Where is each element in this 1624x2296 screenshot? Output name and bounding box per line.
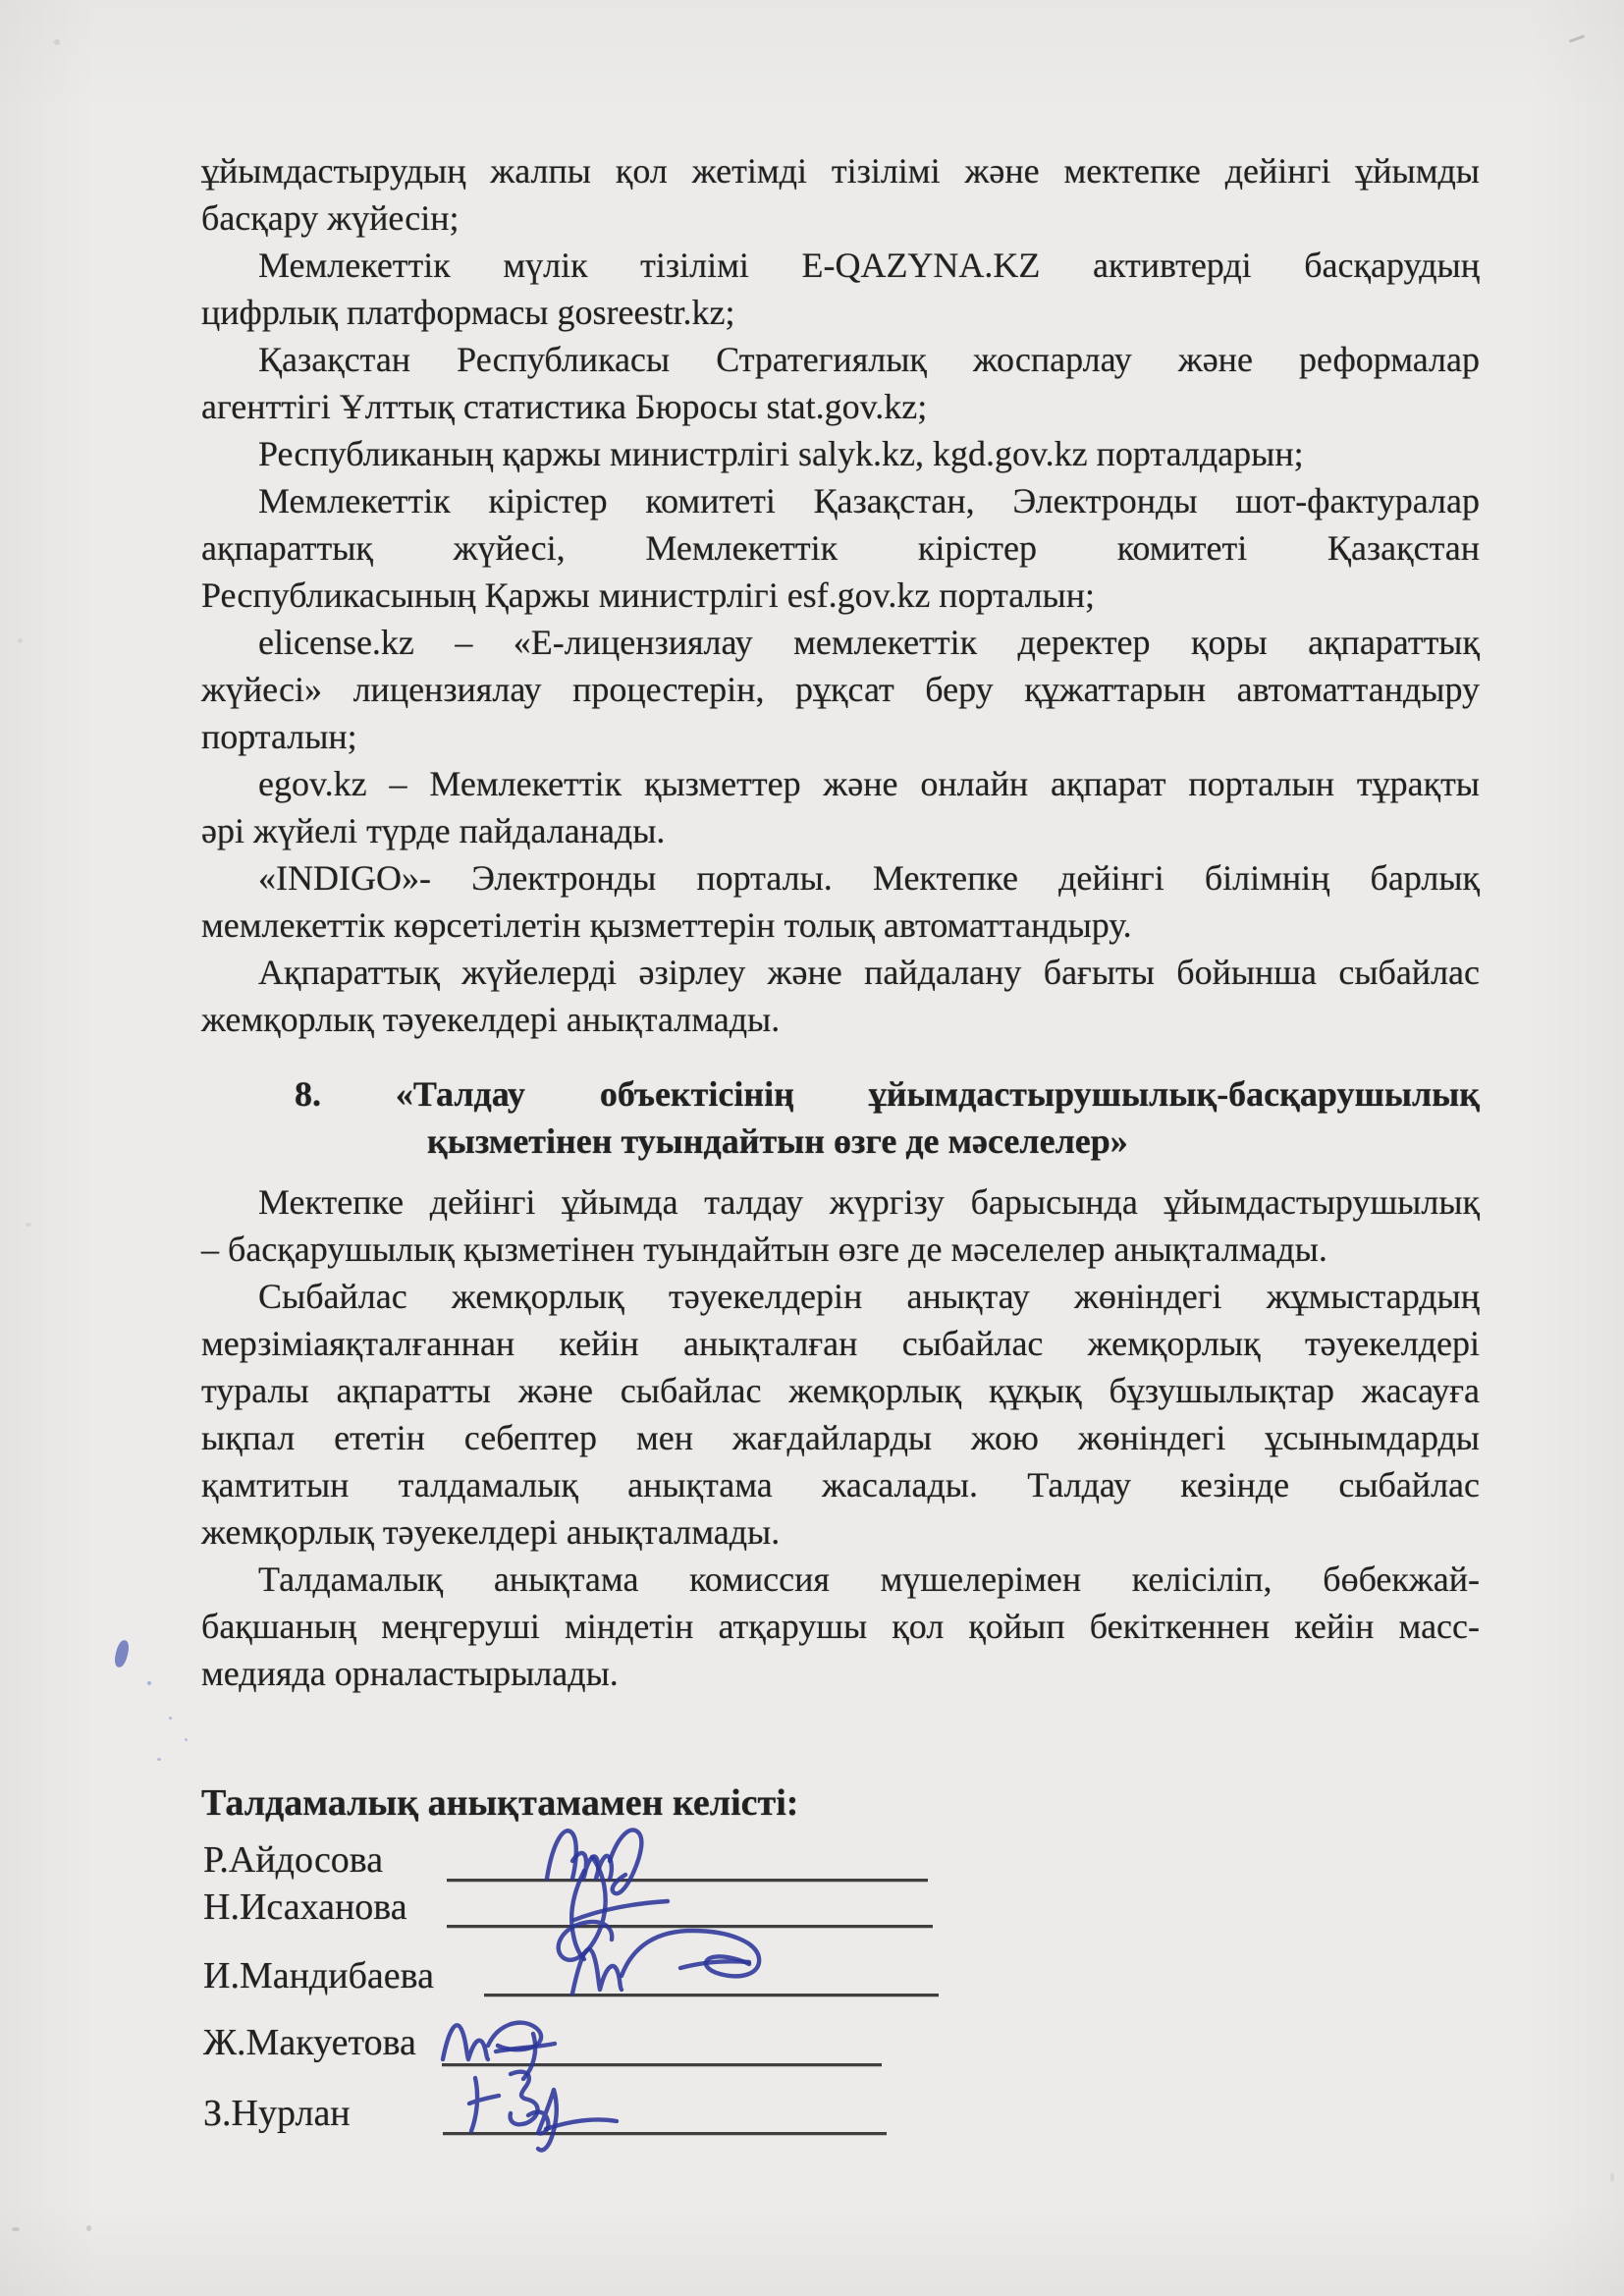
text-line: медияда орналастырылады. [201, 1650, 1480, 1697]
signatory-name: Ж.Макуетова [203, 2021, 416, 2064]
scan-speck [1569, 34, 1585, 42]
signatory-name: И.Мандибаева [203, 1954, 434, 1997]
text-line: Талдамалық анықтама комиссия мүшелерімен… [201, 1556, 1480, 1603]
text-line: Республиканың қаржы министрлігі salyk.kz… [201, 430, 1480, 477]
text-line: Мемлекеттік кірістер комитеті Қазақстан,… [201, 477, 1480, 524]
ink-dot [147, 1681, 151, 1685]
text-line: мемлекеттік көрсетілетін қызметтерін тол… [201, 902, 1480, 949]
text-line: ықпал ететін себептер мен жағдайларды жо… [201, 1414, 1480, 1461]
text-line: – басқарушылық қызметінен туындайтын өзг… [201, 1226, 1480, 1273]
ink-dot [157, 1758, 161, 1761]
scan-speck [18, 638, 23, 643]
text-line: агенттігі Ұлттық статистика Бюросы stat.… [201, 383, 1480, 430]
ink-dot [169, 1717, 172, 1720]
text-line: Республикасының Қаржы министрлігі esf.go… [201, 572, 1480, 619]
text-line: ұйымдастырудың жалпы қол жетімді тізілім… [201, 147, 1480, 194]
ink-dot [185, 1738, 188, 1741]
scan-speck [12, 2227, 20, 2231]
text-line: elicense.kz – «Е-лицензиялау мемлекеттік… [201, 619, 1480, 666]
text-line: Сыбайлас жемқорлық тәуекелдерін анықтау … [201, 1273, 1480, 1320]
signature-ink [460, 2060, 695, 2155]
text-line: egov.kz – Мемлекеттік қызметтер және онл… [201, 760, 1480, 807]
text-line: туралы ақпаратты және сыбайлас жемқорлық… [201, 1367, 1480, 1414]
text-line: порталын; [201, 713, 1480, 760]
scan-speck [86, 2225, 91, 2231]
text-line: Мектепке дейінгі ұйымда талдау жүргізу б… [201, 1178, 1480, 1226]
text-line: 8. «Талдау объектісінің ұйымдастырушылық… [201, 1070, 1480, 1118]
text-line: Қазақстан Республикасы Стратегиялық жосп… [201, 336, 1480, 383]
text-line: қызметінен туындайтын өзге де мәселелер» [201, 1118, 1480, 1165]
text-line: жемқорлық тәуекелдері анықталмады. [201, 1508, 1480, 1556]
scanned-document-page: ұйымдастырудың жалпы қол жетімді тізілім… [0, 0, 1624, 2296]
scan-speck [54, 39, 60, 45]
signatory-name: З.Нурлан [203, 2092, 351, 2135]
text-line: бақшаның меңгеруші міндетін атқарушы қол… [201, 1603, 1480, 1650]
text-line: ақпараттық жүйесі, Мемлекеттік кірістер … [201, 524, 1480, 572]
text-line: «INDIGO»- Электронды порталы. Мектепке д… [201, 854, 1480, 902]
text-line: басқару жүйесін; [201, 194, 1480, 242]
text-line: жемқорлық тәуекелдері анықталмады. [201, 996, 1480, 1043]
text-line: жүйесі» лицензиялау процестерін, рұқсат … [201, 666, 1480, 713]
signatory-name: Р.Айдосова [203, 1838, 383, 1882]
text-line: қамтитын талдамалық анықтама жасалады. Т… [201, 1461, 1480, 1508]
text-line: әрі жүйелі түрде пайдаланады. [201, 807, 1480, 854]
text-line: Ақпараттық жүйелерді әзірлеу және пайдал… [201, 949, 1480, 996]
text-line: мерзіміаяқталғаннан кейін анықталған сыб… [201, 1320, 1480, 1367]
signature-ink [565, 1917, 859, 2007]
text-line: цифрлық платформасы gosreestr.kz; [201, 289, 1480, 336]
ink-blot [113, 1639, 131, 1668]
signatory-name: Н.Исаханова [203, 1886, 407, 1929]
text-line: Мемлекеттік мүлік тізілімі E-QAZYNA.KZ а… [201, 242, 1480, 289]
document-text-block: ұйымдастырудың жалпы қол жетімді тізілім… [201, 147, 1480, 1697]
scan-speck [26, 1223, 31, 1227]
scan-speck [1610, 2172, 1614, 2182]
